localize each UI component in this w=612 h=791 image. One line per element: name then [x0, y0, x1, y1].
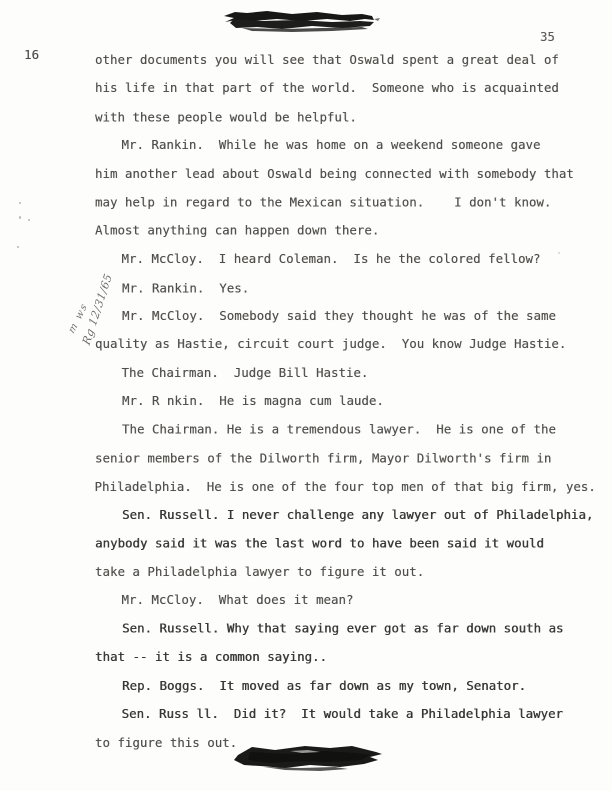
- document-line: The Chairman. Judge Bill Hastie.: [0, 359, 612, 387]
- document-line: Philadelphia. He is one of the four top …: [0, 473, 612, 501]
- document-line: Mr. Rankin. Yes.: [0, 274, 612, 302]
- document-line: Mr. McCloy. I heard Coleman. Is he the c…: [0, 245, 612, 273]
- document-line: other documents you will see that Oswald…: [0, 46, 612, 74]
- document-line: may help in regard to the Mexican situat…: [0, 189, 612, 217]
- document-line: Sen. Russ ll. Did it? It would take a Ph…: [0, 700, 612, 728]
- document-line: take a Philadelphia lawyer to figure it …: [0, 558, 612, 586]
- document-line: The Chairman. He is a tremendous lawyer.…: [0, 415, 612, 443]
- document-line: Mr. R nkin. He is magna cum laude.: [0, 387, 612, 415]
- document-line: quality as Hastie, circuit court judge. …: [0, 330, 612, 358]
- document-line: Sen. Russell. I never challenge any lawy…: [0, 501, 612, 529]
- page-number: 35: [540, 30, 555, 44]
- document-line: with these people would be helpful.: [0, 103, 612, 131]
- document-line: him another lead about Oswald being conn…: [0, 160, 612, 188]
- document-line: anybody said it was the last word to hav…: [0, 530, 612, 558]
- scanned-document-page: 35 16 m ws Rg 12/31/65 other documents y…: [0, 0, 612, 791]
- blackout-bar-icon: [222, 7, 382, 34]
- document-line: Almost anything can happen down there.: [0, 216, 612, 244]
- bottom-redaction-stamp: [230, 741, 386, 779]
- top-redaction-stamp: [222, 7, 382, 38]
- document-text: other documents you will see that Oswald…: [0, 46, 612, 757]
- document-line: Sen. Russell. Why that saying ever got a…: [0, 614, 612, 642]
- document-line: Mr. McCloy. Somebody said they thought h…: [0, 302, 612, 330]
- document-line: senior members of the Dilworth firm, May…: [0, 445, 612, 473]
- document-line: Rep. Boggs. It moved as far down as my t…: [0, 672, 612, 700]
- document-line: Mr. Rankin. While he was home on a weeke…: [0, 131, 612, 159]
- document-line: Mr. McCloy. What does it mean?: [0, 586, 612, 614]
- document-line: his life in that part of the world. Some…: [0, 74, 612, 102]
- document-line: that -- it is a common saying..: [0, 643, 612, 671]
- blackout-bar-icon: [230, 741, 386, 775]
